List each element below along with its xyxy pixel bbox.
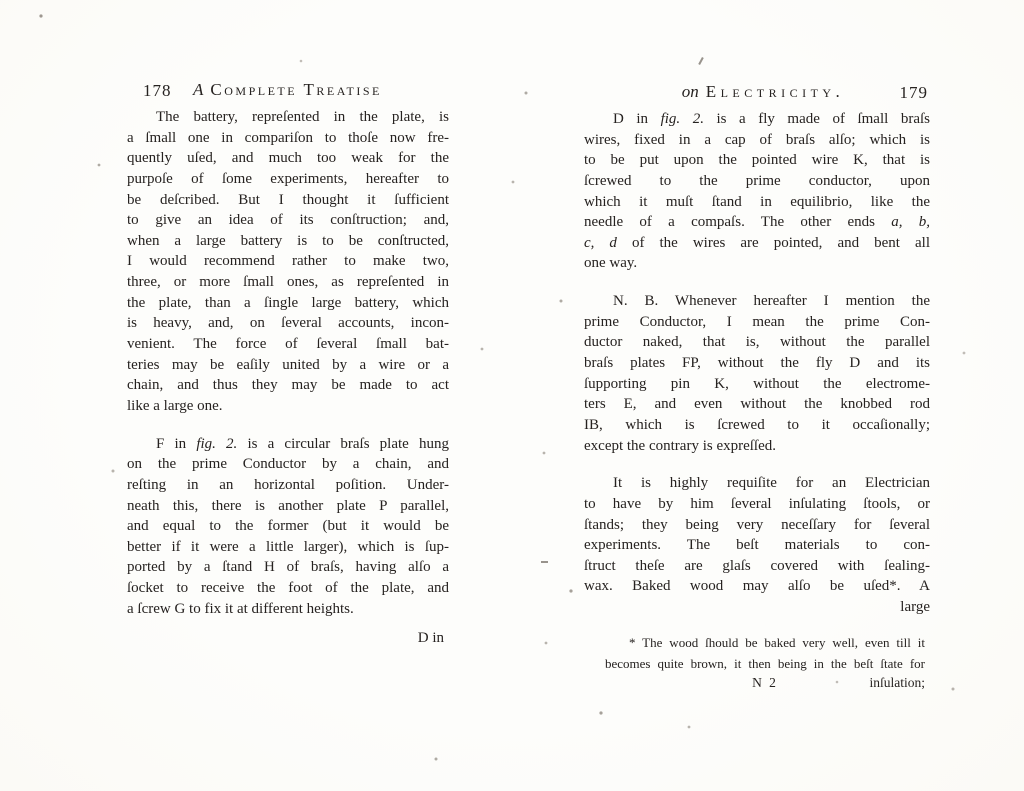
- signature-mark: N 2: [752, 675, 778, 691]
- text-line: wires, fixed in a cap of braſs alſo; whi…: [584, 130, 930, 151]
- text-line: a ſmall one in compariſon to thoſe now f…: [127, 128, 449, 149]
- paragraph: F in fig. 2. is a circular braſs plate h…: [127, 434, 449, 620]
- running-title-right: onElectricity.: [682, 82, 845, 102]
- left-page-catchword: D in: [127, 630, 449, 647]
- text-line: The battery, repreſented in the plate, i…: [127, 107, 449, 128]
- text-line: prime Conductor, I mean the prime Con-: [584, 312, 930, 333]
- page-number-right: 179: [900, 83, 929, 103]
- text-line: a ſcrew G to fix it at different heights…: [127, 599, 449, 620]
- text-line: experiments. The beſt materials to con-: [584, 535, 930, 556]
- text-line: becomes quite brown, it then being in th…: [605, 653, 925, 675]
- text-line: * The wood ſhould be baked very well, ev…: [605, 632, 925, 654]
- left-page: 178 AComplete Treatise The battery, repr…: [127, 80, 449, 647]
- running-title-left-italic: A: [193, 80, 203, 99]
- text-line: is heavy, and, on ſeveral accounts, inco…: [127, 313, 449, 334]
- book-scan: 178 AComplete Treatise The battery, repr…: [0, 0, 1024, 791]
- text-line: ſupporting pin K, without the electrome-: [584, 374, 930, 395]
- text-line: braſs plates FP, without the fly D and i…: [584, 353, 930, 374]
- text-line: to give an idea of its conſtruction; and…: [127, 210, 449, 231]
- text-line: when a large battery is to be conſtructe…: [127, 231, 449, 252]
- text-line: reſting in an horizontal poſition. Under…: [127, 475, 449, 496]
- text-line: IB, which is ſcrewed to it occaſionally;: [584, 415, 930, 436]
- right-page-body: D in fig. 2. is a fly made of ſmall braſ…: [584, 109, 930, 618]
- paper-speck: [698, 57, 704, 65]
- right-page-header: onElectricity. 179: [584, 82, 930, 106]
- text-line: like a large one.: [127, 396, 449, 417]
- text-line: ductor naked, that is, without the paral…: [584, 332, 930, 353]
- text-line: ſtands; they being very neceſſary for ſe…: [584, 515, 930, 536]
- left-page-body: The battery, repreſented in the plate, i…: [127, 107, 449, 619]
- text-line: It is highly requiſite for an Electricia…: [584, 473, 930, 494]
- text-line: ters E, and even without the knobbed rod: [584, 394, 930, 415]
- text-line: ſtruct theſe are glaſs covered with ſeal…: [584, 556, 930, 577]
- text-line: c, d of the wires are pointed, and bent …: [584, 233, 930, 254]
- text-line: teries may be eaſily united by a wire or…: [127, 355, 449, 376]
- paper-speck: [0, 0, 2, 2]
- text-line: D in fig. 2. is a fly made of ſmall braſ…: [584, 109, 930, 130]
- text-line: one way.: [584, 253, 930, 274]
- text-line: F in fig. 2. is a circular braſs plate h…: [127, 434, 449, 455]
- running-title-right-caps: Electricity.: [706, 82, 845, 101]
- text-line: be deſcribed. But I thought it ſufficien…: [127, 190, 449, 211]
- paragraph: The battery, repreſented in the plate, i…: [127, 107, 449, 417]
- text-line: to be put upon the pointed wire K, that …: [584, 150, 930, 171]
- text-line: N. B. Whenever hereafter I mention the: [584, 291, 930, 312]
- paragraph: D in fig. 2. is a fly made of ſmall braſ…: [584, 109, 930, 274]
- text-line: I would recommend rather to make two,: [127, 251, 449, 272]
- paragraph: It is highly requiſite for an Electricia…: [584, 473, 930, 617]
- text-line: ported by a ſtand H of braſs, having alſ…: [127, 557, 449, 578]
- text-line: which it muſt ſtand in equilibrio, like …: [584, 192, 930, 213]
- text-line: venient. The force of ſeveral ſmall bat-: [127, 334, 449, 355]
- footnote-catchword: inſulation;: [870, 675, 926, 691]
- page-number-left: 178: [143, 81, 172, 101]
- signature-row: N 2 inſulation;: [605, 675, 925, 696]
- text-line: wax. Baked wood may alſo be uſed*. A: [584, 576, 930, 597]
- text-line: on the prime Conductor by a chain, and: [127, 454, 449, 475]
- paragraph: N. B. Whenever hereafter I mention thepr…: [584, 291, 930, 456]
- footnote: * The wood ſhould be baked very well, ev…: [605, 632, 925, 696]
- text-line: and equal to the former (but it would be: [127, 516, 449, 537]
- text-line: except the contrary is expreſſed.: [584, 436, 930, 457]
- text-line: the plate, than a ſingle large battery, …: [127, 293, 449, 314]
- footnote-lines: * The wood ſhould be baked very well, ev…: [605, 632, 925, 675]
- text-line: ſocket to receive the foot of the plate,…: [127, 578, 449, 599]
- text-line: to have by him ſeveral inſulating ſtools…: [584, 494, 930, 515]
- paper-speck: [541, 561, 548, 563]
- text-line: neath this, there is another plate P par…: [127, 496, 449, 517]
- running-title-left-caps: Complete Treatise: [210, 80, 382, 99]
- left-page-header: 178 AComplete Treatise: [127, 80, 449, 104]
- text-line: purpoſe of ſome experiments, hereafter t…: [127, 169, 449, 190]
- text-line: better if it were a little larger), whic…: [127, 537, 449, 558]
- text-line: needle of a compaſs. The other ends a, b…: [584, 212, 930, 233]
- text-line: chain, and thus they may be made to act: [127, 375, 449, 396]
- right-page: onElectricity. 179 D in fig. 2. is a fly…: [584, 82, 930, 696]
- running-title-left: AComplete Treatise: [193, 80, 382, 100]
- text-line: ſcrewed to the prime conductor, upon: [584, 171, 930, 192]
- running-title-right-italic: on: [682, 82, 699, 101]
- text-line: large: [584, 597, 930, 618]
- text-line: three, or more ſmall ones, as repreſente…: [127, 272, 449, 293]
- text-line: quently uſed, and much too weak for the: [127, 148, 449, 169]
